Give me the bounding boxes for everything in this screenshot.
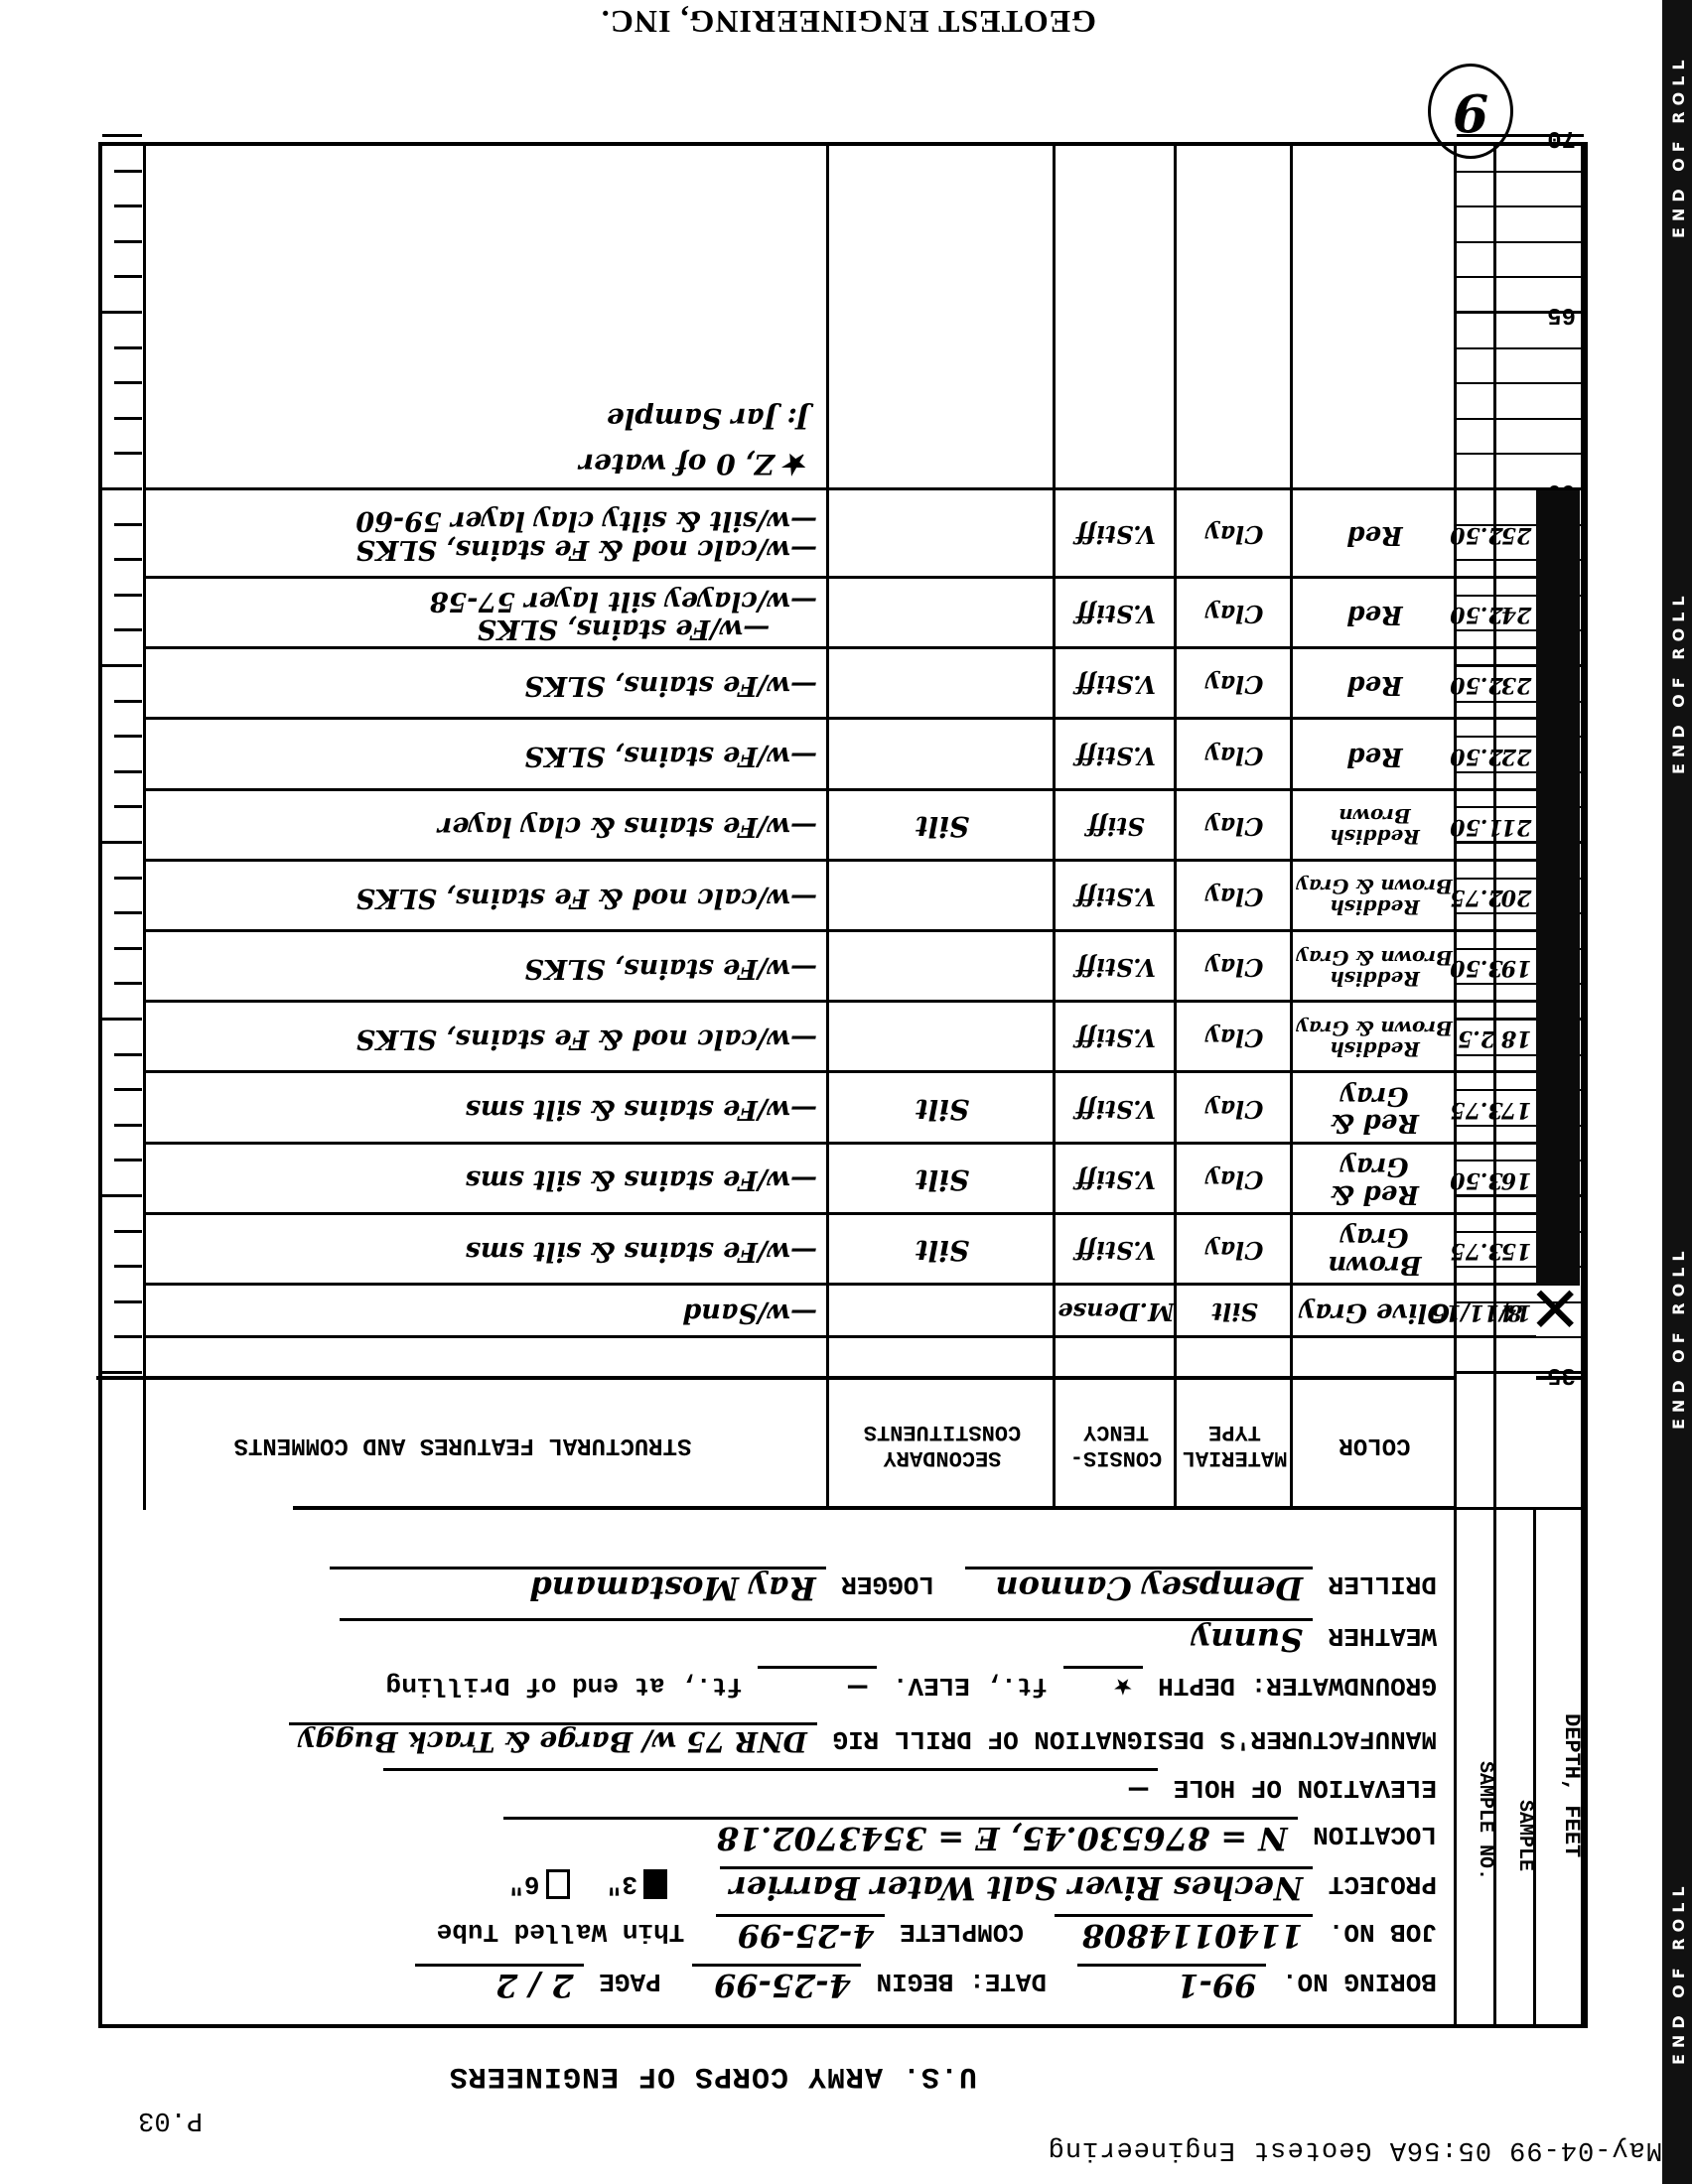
material-cell: Clay [1177,1003,1293,1073]
material-cell: Silt [1177,1286,1293,1338]
sampler-3in-checkbox[interactable] [643,1869,667,1899]
comments-cell: —w/Fe stains, SLKS [134,720,829,790]
depth-tick [114,452,142,455]
consistency-cell: V.Stiff [1056,579,1177,649]
weather-label: WEATHER [1329,1621,1437,1651]
location-row: LOCATION N = 876530.45, E = 3543702.18 [503,1817,1437,1857]
color-cell: Olive Gray [1293,1286,1457,1338]
driller-label: DRILLER [1329,1570,1437,1599]
secondary-cell: Silt [829,791,1056,862]
column-header-material: MATERIAL TYPE [1177,1376,1293,1510]
project-row: PROJECT Neches River Salt Water Barrier … [508,1866,1437,1907]
depth-tick [102,1371,142,1374]
date-begin-value: 4-25-99 [692,1964,861,2004]
color-cell: Reddish Brown [1293,791,1457,862]
elevation-value: — [383,1768,1158,1808]
depth-tick [114,381,142,384]
depth-tick [114,275,142,278]
color-cell: Brown Gray [1293,1215,1457,1286]
drill-rig-row: MANUFACTURER'S DESIGNATION OF DRILL RIG … [289,1722,1437,1758]
pen-torvane-cell: 3.50 [1457,932,1496,1003]
location-value: N = 876530.45, E = 3543702.18 [503,1817,1298,1857]
log-note: J: Jar Sample [607,402,809,435]
consistency-cell: M.Dense [1056,1286,1177,1338]
roll-label: END OF ROLL [1669,590,1688,774]
comments-cell: —w/Fe stains, SLKS —w/clayey silt layer … [134,579,829,649]
consistency-cell: V.Stiff [1056,720,1177,790]
material-cell: Clay [1177,1073,1293,1144]
comments-cell: —w/calc nod & Fe stains, SLKS [134,862,829,932]
sample-no-cell: 18 [1496,1003,1536,1073]
depth-tick [102,311,142,314]
job-no-value: 1140114808 [1055,1914,1313,1955]
secondary-cell [829,579,1056,649]
color-cell: Red [1293,720,1457,790]
depth-tick [114,170,142,173]
comments-cell: —w/Fe stains, SLKS [134,649,829,720]
agency-title: U.S. ARMY CORPS OF ENGINEERS [449,2059,977,2093]
pen-torvane-cell: 2.50 [1457,579,1496,649]
comments-cell: —w/Fe stains & clay layer [134,791,829,862]
location-label: LOCATION [1313,1820,1437,1849]
color-cell: Red [1293,490,1457,579]
material-cell: Clay [1177,720,1293,790]
material-cell: Clay [1177,1145,1293,1215]
material-cell: Clay [1177,490,1293,579]
consistency-cell: V.Stiff [1056,1003,1177,1073]
roll-label: END OF ROLL [1669,54,1688,238]
pen-torvane-cell: 1.50 [1457,791,1496,862]
depth-label: 70 [1547,124,1576,151]
driller-row: DRILLER Dempsey Cannon LOGGER Ray Mostam… [330,1567,1437,1607]
material-cell: Clay [1177,791,1293,862]
roll-label: END OF ROLL [1669,1880,1688,2065]
consistency-cell: V.Stiff [1056,1073,1177,1144]
consistency-cell: V.Stiff [1056,932,1177,1003]
material-cell: Clay [1177,932,1293,1003]
color-cell: Reddish Brown & Gray [1293,1003,1457,1073]
comments-cell: —w/Fe stains & silt sms [134,1215,829,1286]
groundwater-row: GROUNDWATER: DEPTH ★ ft., ELEV. — ft., a… [386,1666,1437,1708]
pen-torvane-cell: 2.50 [1457,490,1496,579]
comments-cell: —w/Fe stains, SLKS [134,932,829,1003]
material-cell: Clay [1177,579,1293,649]
pen-torvane-cell: 2.50 [1457,720,1496,790]
groundwater-end-label: ft., at end of Drilling [386,1671,743,1701]
driller-value: Dempsey Cannon [965,1567,1313,1607]
drill-rig-label: MANUFACTURER'S DESIGNATION OF DRILL RIG [833,1724,1438,1754]
logger-value: Ray Mostamand [330,1567,826,1607]
page-value: 2 / 2 [415,1964,584,2004]
material-cell: Clay [1177,862,1293,932]
column-header-depth: DEPTH, FEET [1536,1587,1584,1984]
date-complete-value: 4-25-99 [716,1914,885,1955]
secondary-cell: Silt [829,1145,1056,1215]
depth-label: 35 [1547,1361,1576,1388]
color-cell: Reddish Brown & Gray [1293,932,1457,1003]
secondary-cell [829,1003,1056,1073]
secondary-cell [829,649,1056,720]
pen-torvane-cell: 2.50 [1457,649,1496,720]
weather-row: WEATHER Sunny [340,1618,1437,1659]
groundwater-elev-value: — [758,1666,877,1706]
comments-cell: —w/Fe stains & silt sms [134,1145,829,1215]
groundwater-depth-value: ★ [1063,1666,1143,1708]
logger-label: LOGGER [841,1570,934,1599]
column-header-secondary: SECONDARY CONSTITUENTS [829,1376,1056,1510]
job-no-row: JOB NO. 1140114808 COMPLETE 4-25-99 Thin… [437,1914,1437,1955]
elevation-label: ELEVATION OF HOLE [1174,1773,1437,1803]
color-cell: Red [1293,649,1457,720]
column-header-structural: STRUCTURAL FEATURES AND COMMENTS [96,1376,829,1510]
consistency-cell: V.Stiff [1056,1145,1177,1215]
elevation-row: ELEVATION OF HOLE — [383,1768,1437,1808]
company-title: GEOTEST ENGINEERING, INC. [601,3,1096,40]
fax-page-number: P.03 [138,2105,203,2134]
pen-torvane-cell: 8/11/15 [1457,1286,1496,1338]
consistency-cell: V.Stiff [1056,649,1177,720]
depth-label: 65 [1547,301,1576,328]
color-cell: Red & Gray [1293,1073,1457,1144]
drill-rig-value: DNR 75 w/ Barge & Track Buggy [289,1722,817,1758]
comments-cell: —w/calc nod & Fe stains, SLKS —w/silt & … [134,490,829,579]
project-value: Neches River Salt Water Barrier [720,1866,1313,1907]
date-complete-label: COMPLETE [900,1917,1024,1947]
sampler-type-label: Thin Walled Tube [437,1917,685,1947]
material-cell: Clay [1177,1215,1293,1286]
tube-sample-shading [1536,490,1580,1286]
consistency-cell: V.Stiff [1056,490,1177,579]
column-header-consistency: CONSIS- TENCY [1056,1376,1177,1510]
secondary-cell [829,1286,1056,1338]
fax-stamp: May-04-99 05:56A Geotest Engineering [1048,2134,1662,2164]
boring-no-row: BORING NO. 99-1 DATE: BEGIN 4-25-99 PAGE… [415,1964,1437,2004]
spt-sample-x-icon: ✕ [1528,1275,1582,1338]
column-header-color: COLOR [1293,1376,1457,1510]
roll-label: END OF ROLL [1669,1245,1688,1430]
boring-log-form: DEPTH, FEET SAMPLE SAMPLE NO. BORING NO.… [98,142,1588,2028]
depth-tick [114,417,142,420]
depth-tick [102,134,142,137]
comments-cell: —w/Sand [134,1286,829,1338]
pen-torvane-cell: 2.75 [1457,862,1496,932]
comments-cell: —w/calc nod & Fe stains, SLKS [134,1003,829,1073]
date-begin-label: DATE: BEGIN [877,1967,1048,1996]
column-header-sample: SAMPLE [1496,1687,1536,1984]
boring-info-block: BORING NO. 99-1 DATE: BEGIN 4-25-99 PAGE… [293,1506,1457,2024]
column-header-sample-no: SAMPLE NO. [1457,1657,1496,1984]
pen-torvane-cell: 3.75 [1457,1215,1496,1286]
job-no-label: JOB NO. [1329,1917,1437,1947]
groundwater-label: GROUNDWATER: DEPTH [1158,1671,1437,1701]
log-note: ★ Z, 0 of water [579,448,809,480]
boring-no-value: 99-1 [1077,1964,1266,2004]
sampler-3in-label: 3" [607,1869,637,1899]
pen-torvane-cell: 3.75 [1457,1073,1496,1144]
boring-no-label: BORING NO. [1282,1967,1437,1996]
depth-tick [114,346,142,349]
color-cell: Red [1293,579,1457,649]
project-label: PROJECT [1329,1869,1437,1899]
consistency-cell: V.Stiff [1056,1215,1177,1286]
secondary-cell [829,862,1056,932]
secondary-cell: Silt [829,1073,1056,1144]
pen-torvane-cell: 3.50 [1457,1145,1496,1215]
material-cell: Clay [1177,649,1293,720]
sampler-6in-label: 6" [508,1869,539,1899]
comments-cell: —w/Fe stains & silt sms [134,1073,829,1144]
consistency-cell: Stiff [1056,791,1177,862]
consistency-cell: V.Stiff [1056,862,1177,932]
sampler-6in-checkbox[interactable] [546,1869,570,1899]
secondary-cell [829,490,1056,579]
groundwater-elev-label: ft., ELEV. [893,1671,1048,1701]
depth-tick [114,205,142,207]
pen-torvane-cell: 2.5 [1457,1003,1496,1073]
page-label: PAGE [599,1967,660,1996]
secondary-cell [829,720,1056,790]
color-cell: Red & Gray [1293,1145,1457,1215]
end-of-roll-strip: END OF ROLL END OF ROLL END OF ROLL END … [1662,0,1692,2184]
secondary-cell [829,932,1056,1003]
color-cell: Reddish Brown & Gray [1293,862,1457,932]
secondary-cell: Silt [829,1215,1056,1286]
weather-value: Sunny [340,1618,1313,1659]
boring-log-sheet: May-04-99 05:56A Geotest Engineering P.0… [0,0,1692,2184]
depth-tick [114,240,142,243]
